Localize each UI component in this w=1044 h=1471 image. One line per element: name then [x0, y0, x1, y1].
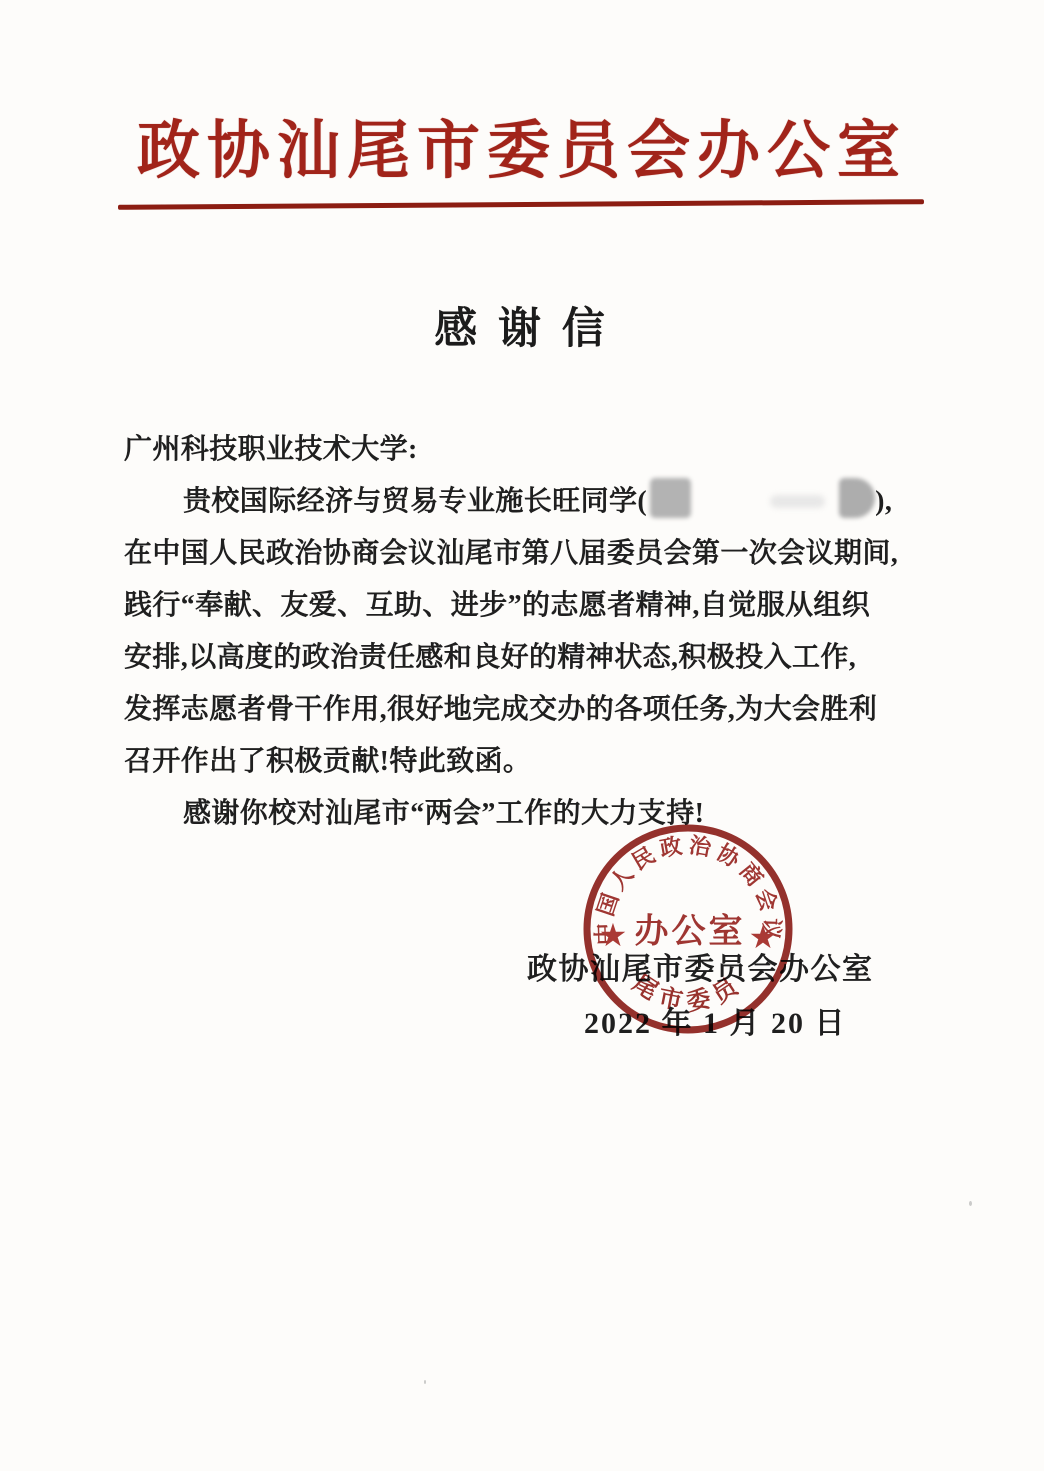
- body-line: 在中国人民政治协商会议汕尾市第八届委员会第一次会议期间,: [124, 528, 924, 580]
- redaction-blob: [770, 495, 825, 508]
- scan-speck: [969, 1201, 972, 1206]
- seal-center-text: 办公室: [635, 913, 746, 951]
- scan-speck: [424, 1380, 426, 1384]
- seal-star-left-icon: ★: [599, 916, 628, 954]
- salutation: 广州科技职业技术大学:: [124, 424, 924, 476]
- body-closing-line: 感谢你校对汕尾市“两会”工作的大力支持!: [124, 788, 924, 840]
- letter-body: 广州科技职业技术大学: 贵校国际经济与贸易专业施长旺同学(), 在中国人民政治协…: [124, 424, 924, 840]
- redaction-blob: [650, 478, 691, 518]
- scanned-letter-page: 政协汕尾市委员会办公室 感 谢 信 广州科技职业技术大学: 贵校国际经济与贸易专…: [0, 0, 1044, 1471]
- letterhead-rule: [118, 199, 924, 210]
- official-seal-stamp: 中国人民政治协商会议 汕尾市委员会 ★ ★ 办公室: [577, 818, 799, 1040]
- document-title: 感 谢 信: [0, 295, 1044, 356]
- body-line: 召开作出了积极贡献!特此致函。: [124, 736, 924, 788]
- body-line: 发挥志愿者骨干作用,很好地完成交办的各项任务,为大会胜利: [124, 684, 924, 736]
- redacted-name-blur: [647, 478, 875, 518]
- body-line: 安排,以高度的政治责任感和良好的精神状态,积极投入工作,: [124, 632, 924, 684]
- letterhead-title: 政协汕尾市委员会办公室: [0, 100, 1044, 191]
- body-text-before-redaction: 贵校国际经济与贸易专业施长旺同学(: [183, 486, 647, 517]
- body-line: 践行“奉献、友爱、互助、进步”的志愿者精神,自觉服从组织: [124, 580, 924, 632]
- body-text-after-redaction: ),: [875, 486, 892, 517]
- body-line-with-redaction: 贵校国际经济与贸易专业施长旺同学(),: [124, 476, 924, 528]
- seal-star-right-icon: ★: [749, 918, 778, 956]
- redaction-blob: [839, 478, 875, 518]
